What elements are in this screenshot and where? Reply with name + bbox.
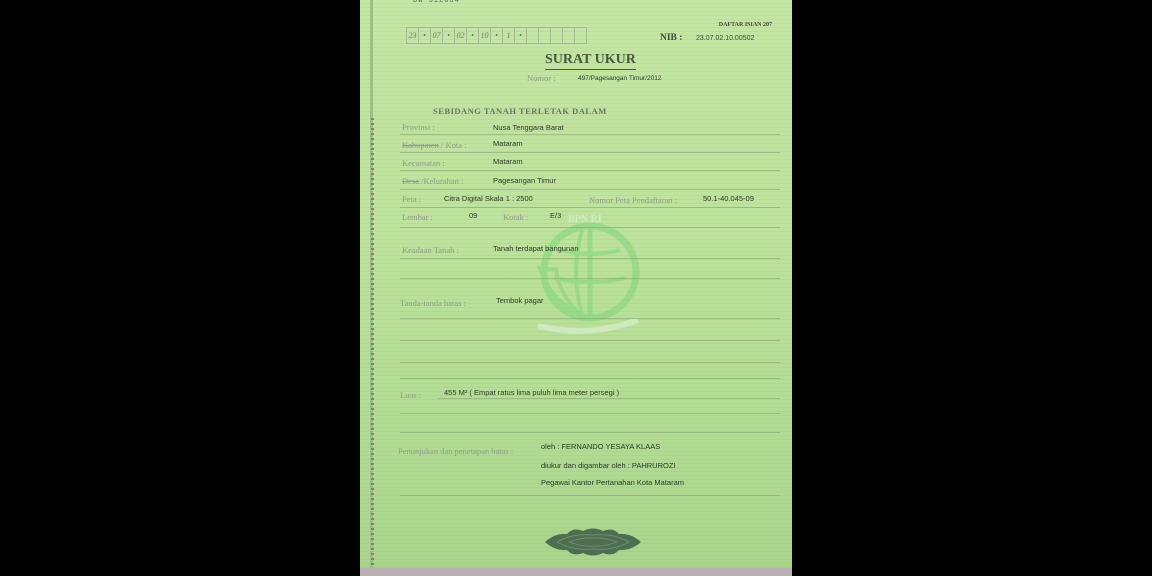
code-box [562,27,574,44]
ruled-line [400,432,780,433]
peta-label: Peta : [402,194,421,204]
ruled-line [400,258,780,259]
desa-struck: Desa [402,176,419,186]
code-box: 10 [478,27,490,44]
peta-value: Citra Digital Skala 1 : 2500 [444,194,533,203]
pegawai-kantor: Pegawai Kantor Pertanahan Kota Mataram [541,478,684,487]
embossed-seal-icon [543,527,643,557]
keadaan-tanah-label: Keadaan Tanah : [402,245,459,255]
kelurahan-value: Pagesangan Timur [493,176,556,185]
provinsi-value: Nusa Tenggara Barat [493,123,564,132]
ruled-line [400,134,780,135]
provinsi-label: Provinsi : [402,122,435,132]
tanda-batas-label: Tanda-tanda batas : [400,298,466,308]
nib-value: 23.07.02.10.00502 [696,35,754,42]
code-box [550,27,562,44]
code-box: 23 [406,27,418,44]
section-heading: SEBIDANG TANAH TERLETAK DALAM [433,106,607,116]
ruled-line [400,170,780,171]
bpn-globe-emblem-icon: BPN RI [520,210,650,340]
kelurahan-label: Desa /Kelurahan : [402,176,463,186]
tanda-batas-value: Tembok pagar [496,296,544,305]
ruled-line [400,278,780,279]
ruled-line [400,318,780,319]
keadaan-tanah-value: Tanah terdapat bangunan [493,244,579,253]
diukur-oleh: diukur dan digambar oleh : PAHRUROZI [541,461,676,470]
ruled-line [400,495,780,496]
ruled-line [400,413,780,414]
kota-value: Mataram [493,139,523,148]
kecamatan-value: Mataram [493,157,523,166]
nib-label: NIB : [660,33,682,43]
svg-text:BPN RI: BPN RI [568,214,602,225]
code-box: • [466,27,478,44]
code-box [526,27,538,44]
code-box: • [442,27,454,44]
nomor-value: 497/Pagesangan Timur/2012 [578,75,661,82]
lembar-value: 09 [469,211,477,220]
kabupaten-struck: Kabupaten [402,140,439,150]
code-box: • [418,27,430,44]
code-box: • [514,27,526,44]
ruled-line [400,340,780,341]
ruled-line [400,378,780,379]
nomor-peta-value: 50.1-40.045-09 [703,194,754,203]
luas-label: Luas : [400,390,421,400]
binding-stitch [371,118,374,568]
ruled-line [400,227,780,228]
ruled-line [438,398,780,399]
ruled-line [400,189,780,190]
ruled-line [400,362,780,363]
penunjukan-oleh: oleh : FERNANDO YESAYA KLAAS [541,442,660,451]
code-box [538,27,550,44]
kecamatan-label: Kecamatan : [402,158,445,168]
document-title: SURAT UKUR [545,52,636,70]
ruled-line [400,152,780,153]
kelurahan-label-text: /Kelurahan : [419,176,463,186]
code-box: • [490,27,502,44]
nomor-label: Nomor : [527,73,556,83]
luas-value: 455 M² ( Empat ratus lima puluh lima met… [444,388,619,397]
surat-ukur-document: BPN RI DW 312604 23 • 07 • 02 • 10 • 1 •… [360,0,792,576]
form-name: DAFTAR ISIAN 207 [719,22,772,28]
kotak-label: Kotak : [503,212,528,222]
nomor-peta-label: Nomor Peta Pendaftaran : [589,195,677,205]
penunjukan-label: Penunjukan dan penetapan batas : [398,446,513,456]
serial-number: DW 312604 [413,0,460,5]
code-box: 07 [430,27,442,44]
ruled-line [400,207,780,208]
kotak-value: E/3 [550,211,561,220]
kota-label: Kabupaten / Kota : [402,140,466,150]
code-box [574,27,587,44]
code-box: 02 [454,27,466,44]
code-box: 1 [502,27,514,44]
handwritten-code-boxes: 23 • 07 • 02 • 10 • 1 • [406,27,587,44]
lembar-label: Lembar : [402,212,433,222]
kota-label-text: / Kota : [439,140,467,150]
